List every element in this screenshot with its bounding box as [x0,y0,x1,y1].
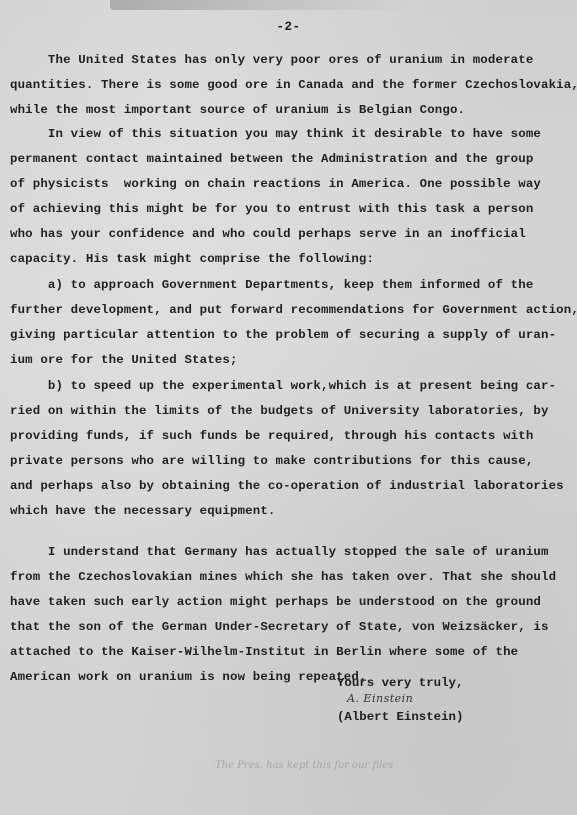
paper-smudge [110,0,410,10]
paragraph-germany-line: have taken such early action might perha… [10,595,541,609]
paragraph-germany-line: attached to the Kaiser-Wilhelm-Institut … [10,645,518,659]
paragraph-germany-line: that the son of the German Under-Secreta… [10,620,549,634]
handwritten-signature: A. Einstein [347,692,413,705]
faint-annotation: The Pres. has kept this for our files [215,760,393,771]
paragraph-task-b-line: providing funds, if such funds be requir… [10,429,533,443]
paragraph-task-a-line: further development, and put forward rec… [10,303,577,317]
paragraph-uranium-sources-line: quantities. There is some good ore in Ca… [10,78,577,92]
paragraph-permanent-contact-line: who has your confidence and who could pe… [10,227,526,241]
paragraph-task-a-line: a) to approach Government Departments, k… [10,278,533,292]
printed-name: (Albert Einstein) [337,710,463,724]
paragraph-uranium-sources-line: while the most important source of urani… [10,103,465,117]
paragraph-permanent-contact-line: of physicists working on chain reactions… [10,177,541,191]
paragraph-task-b-line: ried on within the limits of the budgets… [10,404,549,418]
paragraph-uranium-sources-line: The United States has only very poor ore… [10,53,533,67]
letter-page: -2- The United States has only very poor… [0,0,577,815]
closing-salutation: Yours very truly, [337,676,463,690]
paragraph-permanent-contact-line: capacity. His task might comprise the fo… [10,252,374,266]
paragraph-task-b-line: b) to speed up the experimental work,whi… [10,379,556,393]
page-number: -2- [0,20,577,34]
paragraph-task-a-line: giving particular attention to the probl… [10,328,556,342]
paragraph-task-b-line: private persons who are willing to make … [10,454,533,468]
paragraph-permanent-contact-line: In view of this situation you may think … [10,127,541,141]
paragraph-germany-line: American work on uranium is now being re… [10,670,367,684]
paragraph-task-b-line: which have the necessary equipment. [10,504,276,518]
paragraph-task-b-line: and perhaps also by obtaining the co-ope… [10,479,564,493]
paragraph-germany-line: from the Czechoslovakian mines which she… [10,570,556,584]
paragraph-permanent-contact-line: of achieving this might be for you to en… [10,202,533,216]
paragraph-germany-line: I understand that Germany has actually s… [10,545,549,559]
paragraph-task-a-line: ium ore for the United States; [10,353,238,367]
paragraph-permanent-contact-line: permanent contact maintained between the… [10,152,533,166]
